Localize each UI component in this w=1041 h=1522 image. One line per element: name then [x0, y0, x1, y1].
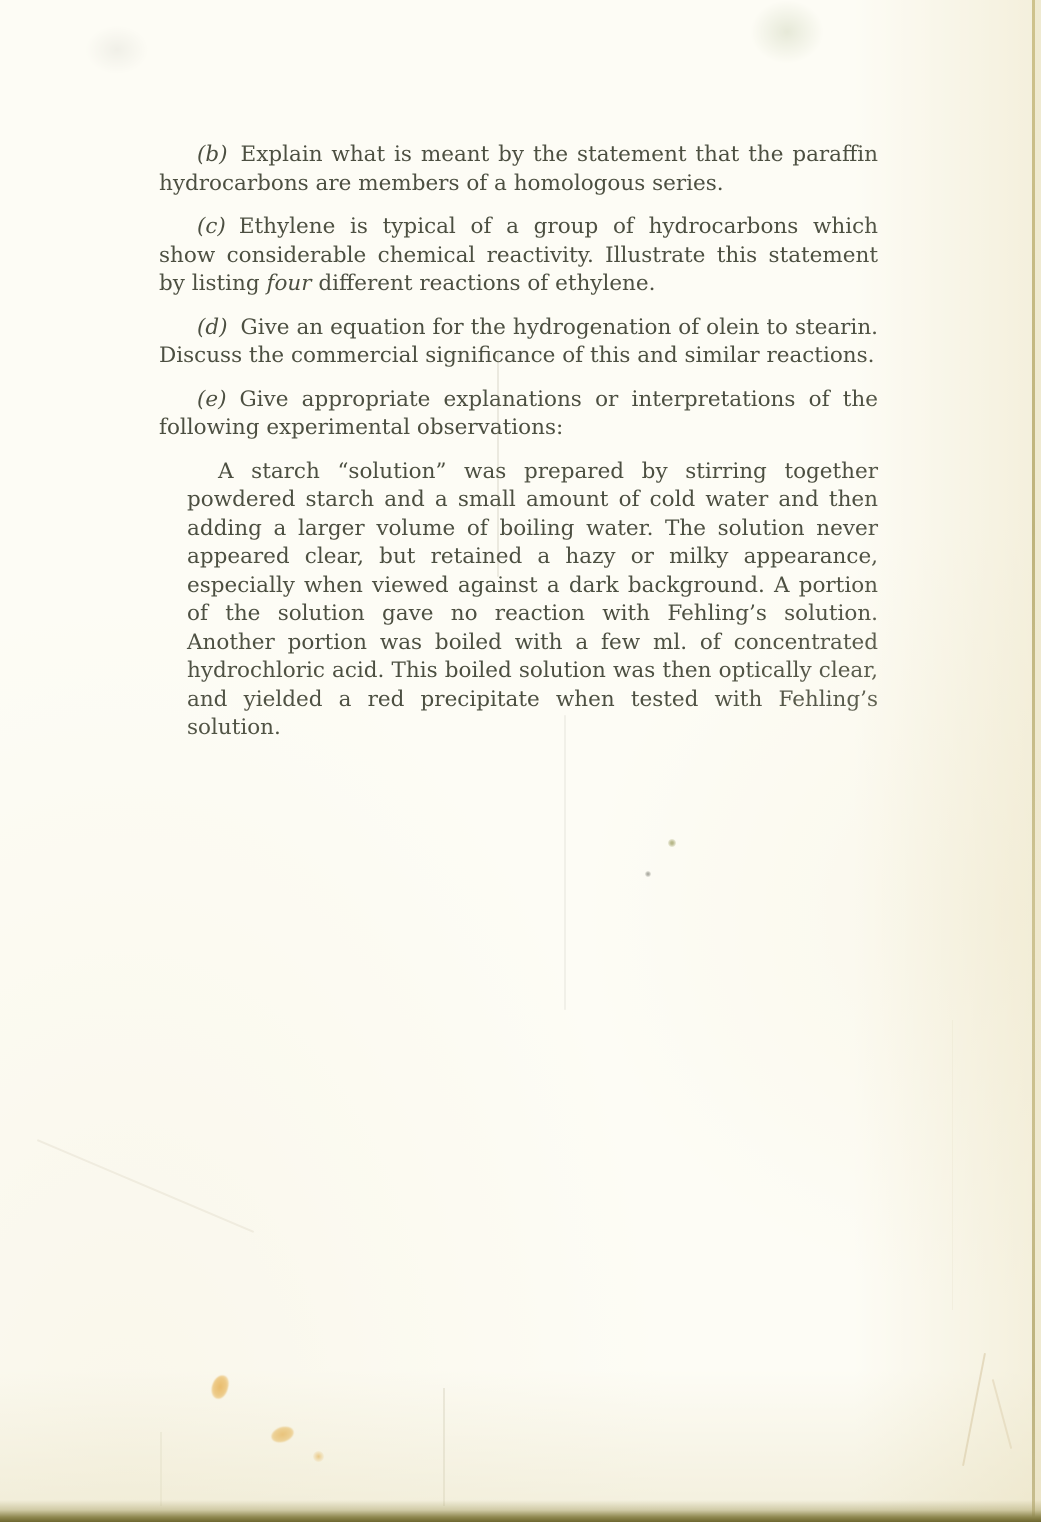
paragraph-d-text: Give an equation for the hydrogenation o… — [159, 315, 878, 369]
paragraph-b-label: (b) — [197, 142, 241, 167]
smudge-top-left — [86, 26, 148, 74]
paragraph-d: (d)Give an equation for the hydrogenatio… — [159, 314, 878, 371]
stain-orange-2 — [269, 1424, 296, 1445]
paragraph-c-label: (c) — [197, 214, 239, 239]
paragraph-c: (c)Ethylene is typical of a group of hyd… — [159, 213, 878, 299]
crease-bottom-left — [37, 1139, 254, 1233]
paragraph-e-text: Give appropriate explanations or interpr… — [159, 387, 878, 441]
paragraph-c-italic-word: four — [267, 271, 312, 296]
crease-bottom-1 — [443, 1388, 445, 1506]
crease-bottom-right-2 — [992, 1379, 1013, 1449]
observation-paragraph: A starch “solution” was prepared by stir… — [187, 458, 878, 743]
smudge-top-right — [750, 0, 824, 64]
paragraph-b: (b)Explain what is meant by the statemen… — [159, 141, 878, 198]
paragraph-d-label: (d) — [197, 315, 241, 340]
stain-orange-3 — [313, 1451, 324, 1462]
paragraph-c-text-after: different reactions of ethylene. — [312, 271, 656, 296]
paragraph-e: (e)Give appropriate explanations or inte… — [159, 386, 878, 443]
scanned-page: (b)Explain what is meant by the statemen… — [0, 0, 1041, 1522]
paragraph-b-text: Explain what is meant by the statement t… — [159, 142, 878, 196]
crease-middle-2 — [564, 715, 566, 1010]
page-edge-margin — [1035, 0, 1041, 1522]
crease-bottom-right-1 — [962, 1353, 986, 1466]
page-edge-line — [1032, 0, 1035, 1522]
paragraph-e-label: (e) — [197, 387, 240, 412]
scan-bottom-edge — [0, 1500, 1041, 1522]
speck-dot-1 — [668, 839, 676, 847]
text-block: (b)Explain what is meant by the statemen… — [159, 141, 878, 743]
stain-orange-1 — [209, 1373, 230, 1400]
crease-bottom-2 — [160, 1432, 162, 1506]
speck-dot-2 — [645, 871, 651, 877]
crease-right-long — [952, 1020, 953, 1310]
